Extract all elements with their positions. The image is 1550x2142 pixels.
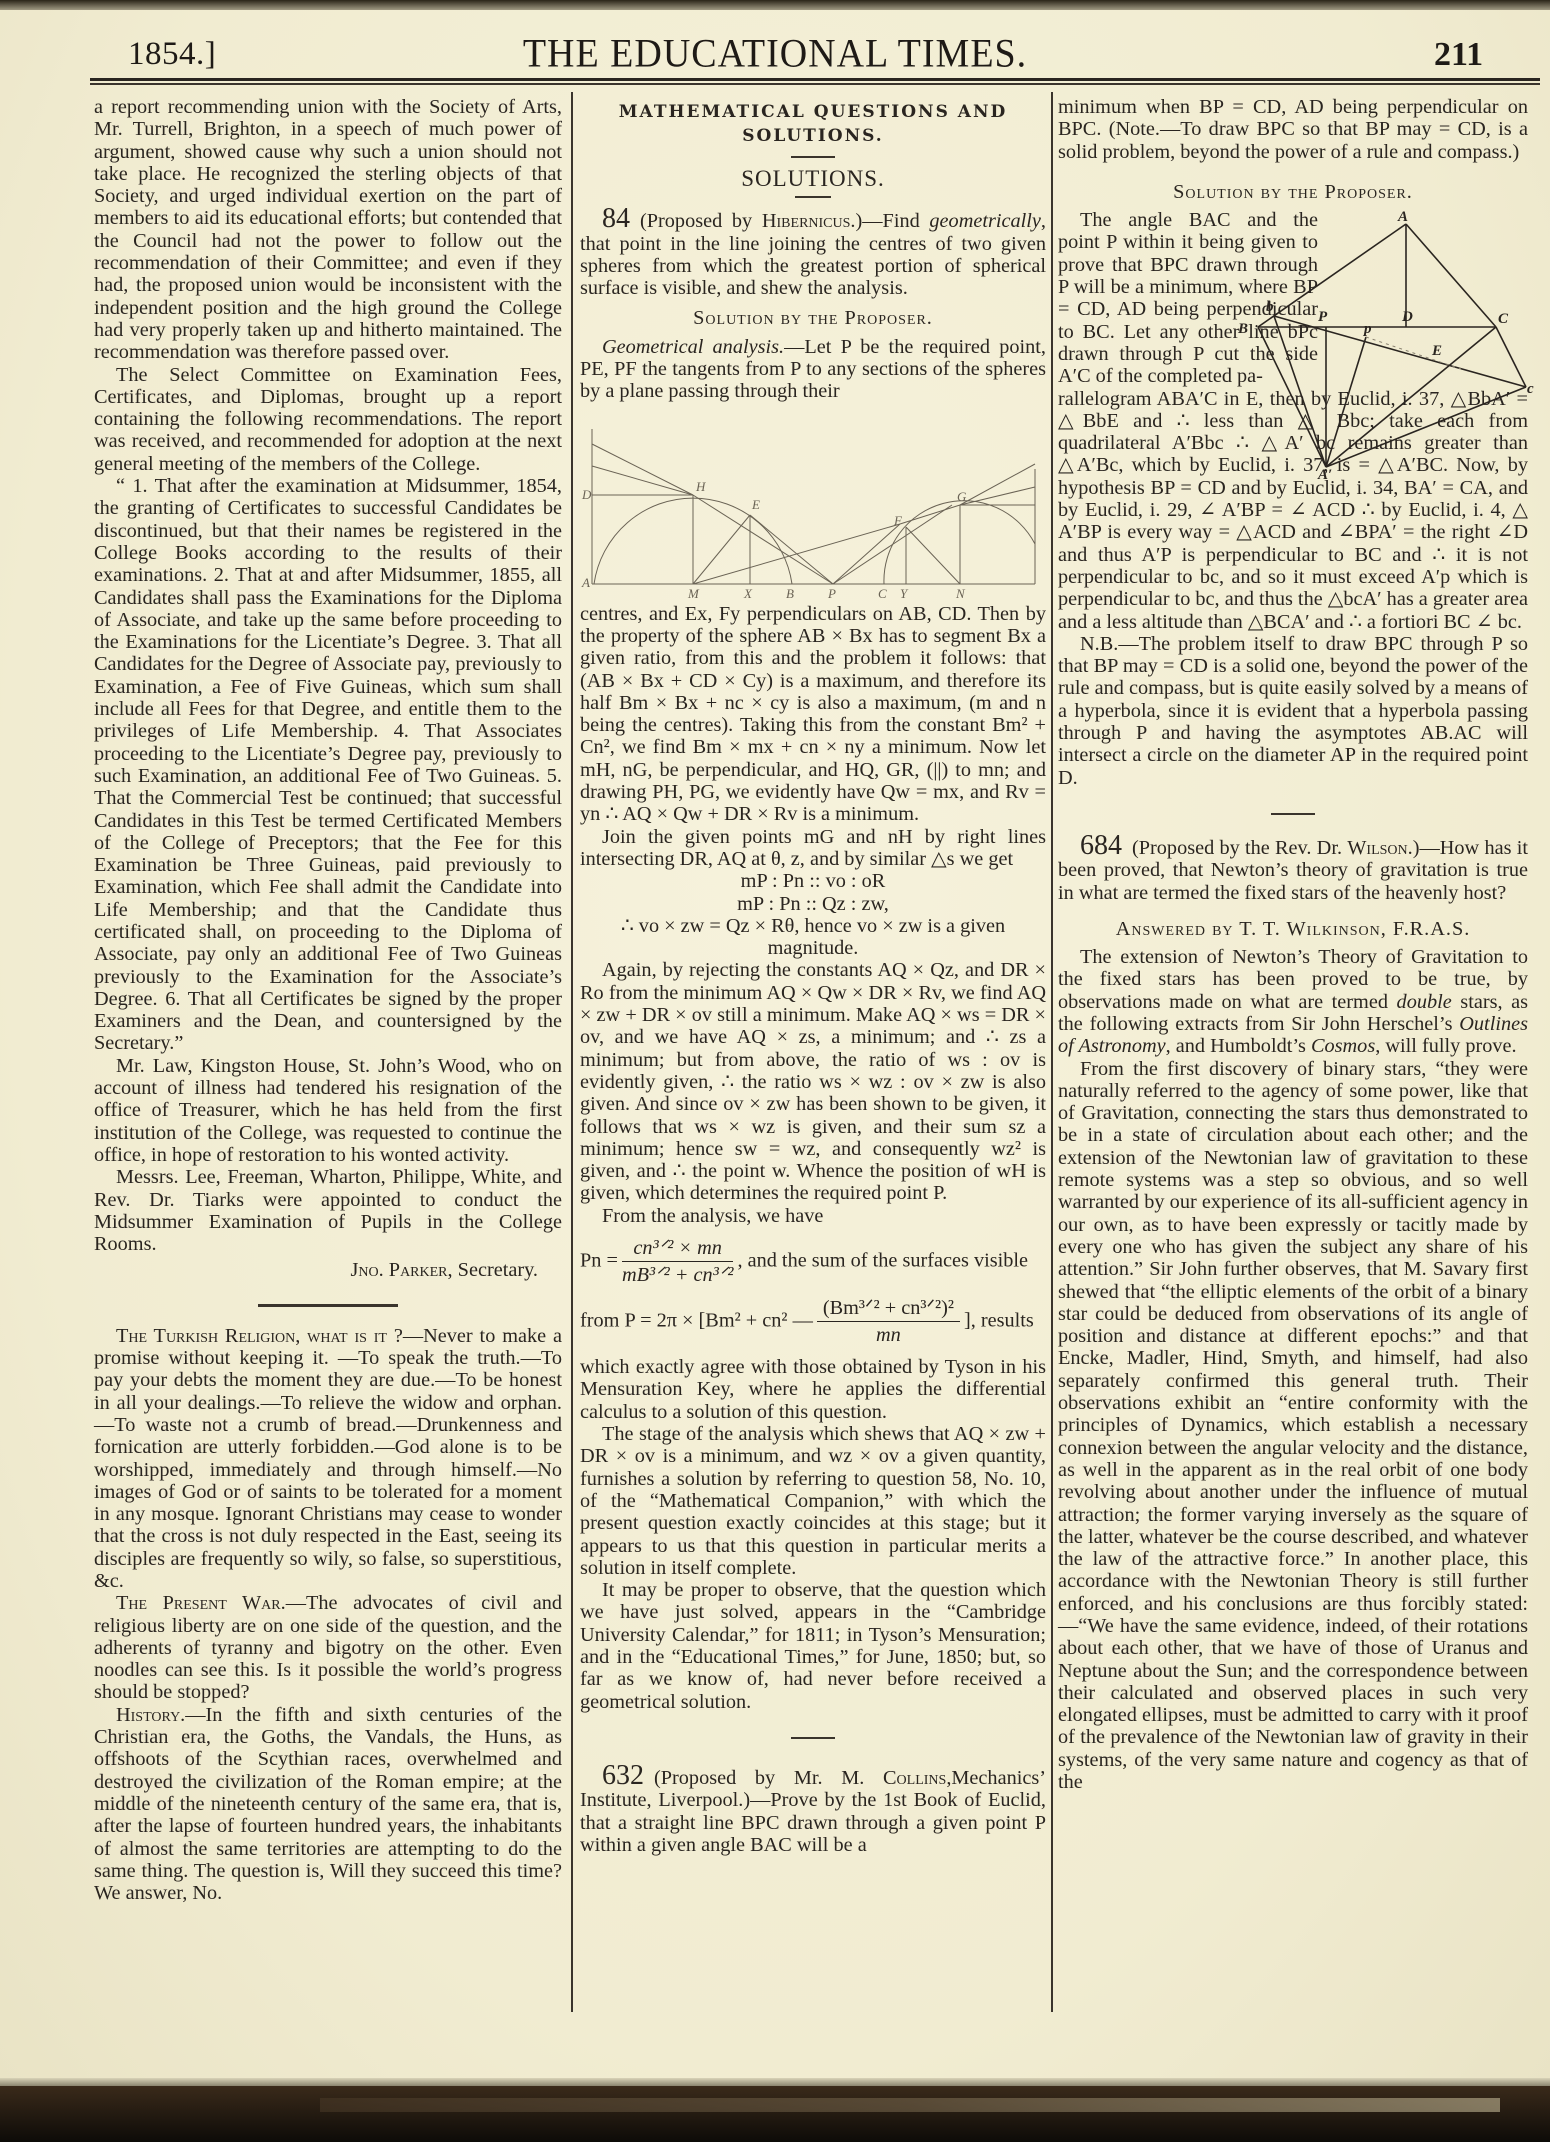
solution-heading: Solution by the Proposer. <box>1058 181 1528 203</box>
svg-text:A′: A′ <box>1317 467 1332 479</box>
equation: mP : Pn :: Qz : zw, <box>580 893 1046 915</box>
right-column: minimum when BP = CD, AD being perpendic… <box>1058 96 1528 1793</box>
spheres-tangent-diagram: HEFG AMXB PCYN D <box>580 409 1046 599</box>
equation: mP : Pn :: vo : oR <box>580 870 1046 892</box>
paragraph: The extension of Newton’s Theory of Grav… <box>1058 946 1528 1057</box>
svg-text:B: B <box>1237 321 1248 337</box>
svg-text:M: M <box>687 586 700 599</box>
paragraph: Again, by rejecting the constants AQ × Q… <box>580 959 1046 1204</box>
figure-wrap: AbB PpD CEc A′ The angle BAC and the poi… <box>1058 209 1528 387</box>
article-body: —In the fifth and sixth centuries of the… <box>94 1704 562 1904</box>
answer-heading: Answered by T. T. Wilkinson, F.R.A.S. <box>1058 918 1528 940</box>
svg-text:C: C <box>1498 311 1509 327</box>
svg-text:b: b <box>1266 299 1274 315</box>
svg-text:Y: Y <box>900 586 909 599</box>
paragraph: From the first discovery of binary stars… <box>1058 1058 1528 1794</box>
question-84: 84(Proposed by Hibernicus.)—Find geometr… <box>580 208 1046 299</box>
left-column: a report recommending union with the Soc… <box>94 96 562 1904</box>
proposer-prefix: (Proposed by <box>640 210 762 232</box>
paragraph: Messrs. Lee, Freeman, Wharton, Philippe,… <box>94 1166 562 1255</box>
book-title: Cosmos <box>1311 1035 1375 1057</box>
proposer-suffix: )— <box>1413 837 1440 859</box>
masthead-title: THE EDUCATIONAL TIMES. <box>0 31 1550 77</box>
question-number: 632 <box>602 1760 654 1791</box>
text-run: , and Humboldt’s <box>1166 1035 1311 1057</box>
middle-column: MATHEMATICAL QUESTIONS AND SOLUTIONS. SO… <box>580 96 1046 1856</box>
svg-text:D: D <box>1401 309 1413 325</box>
question-632: 632(Proposed by Mr. M. Collins,Mechanics… <box>580 1765 1046 1856</box>
paragraph: a report recommending union with the Soc… <box>94 96 562 364</box>
signoff-name: Jno. Parker, <box>351 1259 453 1281</box>
proposer-suffix: )—Find <box>856 210 930 232</box>
paragraph: It may be proper to observe, that the qu… <box>580 1579 1046 1713</box>
question-number: 84 <box>602 203 640 234</box>
article-heading: History. <box>116 1704 185 1726</box>
paragraph: Join the given points mG and nH by right… <box>580 826 1046 871</box>
page-edge <box>0 2078 1550 2086</box>
proposer-name: Hibernicus. <box>762 210 856 232</box>
paragraph: which exactly agree with those obtained … <box>580 1356 1046 1423</box>
proposer-prefix: (Proposed by the Rev. Dr. <box>1132 837 1347 859</box>
article-present-war: The Present War.—The advocates of civil … <box>94 1592 562 1703</box>
svg-text:D: D <box>581 487 592 502</box>
svg-text:p: p <box>1362 321 1372 337</box>
svg-text:P: P <box>1318 309 1328 325</box>
article-body: —Never to make a promise without keeping… <box>94 1325 562 1592</box>
proposer-name: Wilson. <box>1347 837 1412 859</box>
under-shadow <box>0 2086 1550 2142</box>
paragraph: “ 1. That after the examination at Midsu… <box>94 475 562 1055</box>
header-rule-thin <box>90 83 1540 85</box>
proposer-name: Collins, <box>883 1767 951 1789</box>
article-turkish-religion: The Turkish Religion, what is it ?—Never… <box>94 1325 562 1593</box>
italic-word: double <box>1397 991 1452 1013</box>
divider <box>795 196 831 198</box>
fraction: (Bm³ᐟ² + cn³ᐟ²)²mn <box>817 1297 960 1347</box>
next-page-edge <box>320 2098 1500 2112</box>
svg-text:C: C <box>878 586 887 599</box>
page-header: 1854.] THE EDUCATIONAL TIMES. 211 <box>0 32 1550 82</box>
paragraph: minimum when BP = CD, AD being perpendic… <box>1058 96 1528 163</box>
svg-text:A: A <box>1397 209 1408 225</box>
svg-text:G: G <box>957 489 967 504</box>
section-divider <box>258 1304 398 1307</box>
paragraph: From the analysis, we have <box>580 1205 1046 1227</box>
svg-text:H: H <box>695 479 706 494</box>
denominator: mB³ᐟ² + cn³ᐟ² <box>622 1262 734 1286</box>
article-heading: The Present War. <box>116 1592 286 1614</box>
equation: ∴ vo × zw = Qz × Rθ, hence vo × zw is a … <box>580 915 1046 960</box>
article-history: History.—In the fifth and sixth centurie… <box>94 1704 562 1905</box>
formula-tail: , and the sum of the surfaces visible <box>737 1249 1028 1271</box>
svg-text:E: E <box>751 497 760 512</box>
divider <box>791 156 835 158</box>
text-run: , will fully prove. <box>1375 1035 1516 1057</box>
paragraph: Mr. Law, Kingston House, St. John’s Wood… <box>94 1055 562 1166</box>
question-number: 684 <box>1080 830 1132 861</box>
divider <box>1271 813 1315 815</box>
formula-lhs: from P = 2π × [Bm² + cn² — <box>580 1309 813 1331</box>
paragraph: The stage of the analysis which shews th… <box>580 1423 1046 1579</box>
formula-tail: ], results <box>964 1309 1034 1331</box>
denominator: mn <box>817 1322 960 1346</box>
svg-text:c: c <box>1527 381 1534 397</box>
svg-text:A: A <box>581 575 590 590</box>
formula-lhs: Pn = <box>580 1249 618 1271</box>
paragraph: N.B.—The problem itself to draw BPC thro… <box>1058 633 1528 789</box>
solutions-heading: SOLUTIONS. <box>580 168 1046 190</box>
page-number: 211 <box>1434 36 1483 74</box>
italic-word: geometrically <box>929 210 1041 232</box>
question-684: 684(Proposed by the Rev. Dr. Wilson.)—Ho… <box>1058 835 1528 904</box>
svg-text:P: P <box>827 586 836 599</box>
paragraph: The Select Committee on Examination Fees… <box>94 364 562 475</box>
svg-text:B: B <box>786 586 794 599</box>
header-rule <box>90 78 1540 81</box>
signoff-role: Secretary. <box>453 1259 538 1281</box>
paragraph: Geometrical analysis.—Let P be the requi… <box>580 336 1046 403</box>
signoff: Jno. Parker, Secretary. <box>94 1259 562 1281</box>
formula-p: from P = 2π × [Bm² + cn² —(Bm³ᐟ² + cn³ᐟ²… <box>580 1297 1046 1347</box>
solution-heading: Solution by the Proposer. <box>580 307 1046 329</box>
analysis-label: Geometrical analysis. <box>602 336 784 358</box>
fraction: cn³ᐟ² × mnmB³ᐟ² + cn³ᐟ² <box>622 1237 734 1287</box>
svg-text:E: E <box>1431 343 1442 359</box>
section-title: MATHEMATICAL QUESTIONS AND SOLUTIONS. <box>580 100 1046 148</box>
numerator: cn³ᐟ² × mn <box>622 1237 734 1262</box>
newspaper-page: 1854.] THE EDUCATIONAL TIMES. 211 a repo… <box>0 10 1550 2082</box>
svg-text:F: F <box>893 513 903 528</box>
numerator: (Bm³ᐟ² + cn³ᐟ²)² <box>817 1297 960 1322</box>
angle-bac-diagram: AbB PpD CEc A′ <box>1236 209 1536 479</box>
proposer-prefix: (Proposed by Mr. M. <box>654 1767 883 1789</box>
formula-pn: Pn =cn³ᐟ² × mnmB³ᐟ² + cn³ᐟ², and the sum… <box>580 1237 1046 1287</box>
divider <box>791 1737 835 1739</box>
svg-text:X: X <box>743 586 753 599</box>
svg-text:N: N <box>955 586 966 599</box>
paragraph: centres, and Ex, Fy perpendiculars on AB… <box>580 603 1046 826</box>
column-divider <box>1051 92 1053 2012</box>
article-heading: The Turkish Religion, what is it ? <box>116 1325 403 1347</box>
column-divider <box>571 92 573 2012</box>
